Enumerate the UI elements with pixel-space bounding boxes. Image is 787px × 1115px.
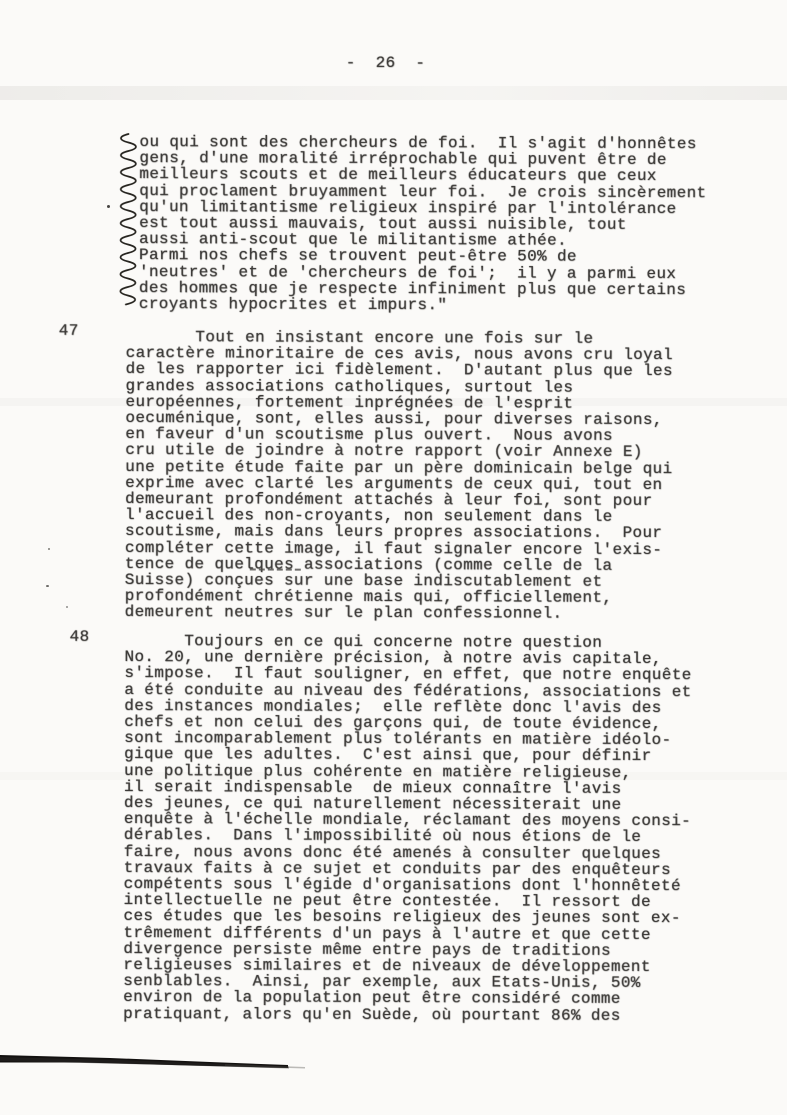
typewritten-content: - 26 - ou qui sont des chercheurs de foi…: [0, 0, 787, 1115]
typewriter-correction-mark: [250, 568, 304, 571]
paragraph-number-48: 48: [70, 629, 90, 645]
paragraph-47: Tout en insistant encore une fois sur le…: [125, 329, 673, 623]
page-number: - 26 -: [346, 55, 426, 72]
document-page: - 26 - ou qui sont des chercheurs de foi…: [0, 0, 787, 1115]
quoted-passage: ou qui sont des chercheurs de foi. Il s'…: [139, 134, 707, 314]
scan-speck: [48, 548, 50, 550]
quote-margin-squiggle-icon: [109, 131, 140, 309]
paragraph-48: Toujours en ce qui concerne notre questi…: [123, 633, 692, 1024]
scan-speck: [66, 606, 68, 608]
scan-artifact-bar: [0, 1050, 360, 1076]
scan-speck: [107, 205, 110, 208]
scan-speck: [46, 585, 49, 587]
paragraph-number-47: 47: [59, 323, 79, 339]
